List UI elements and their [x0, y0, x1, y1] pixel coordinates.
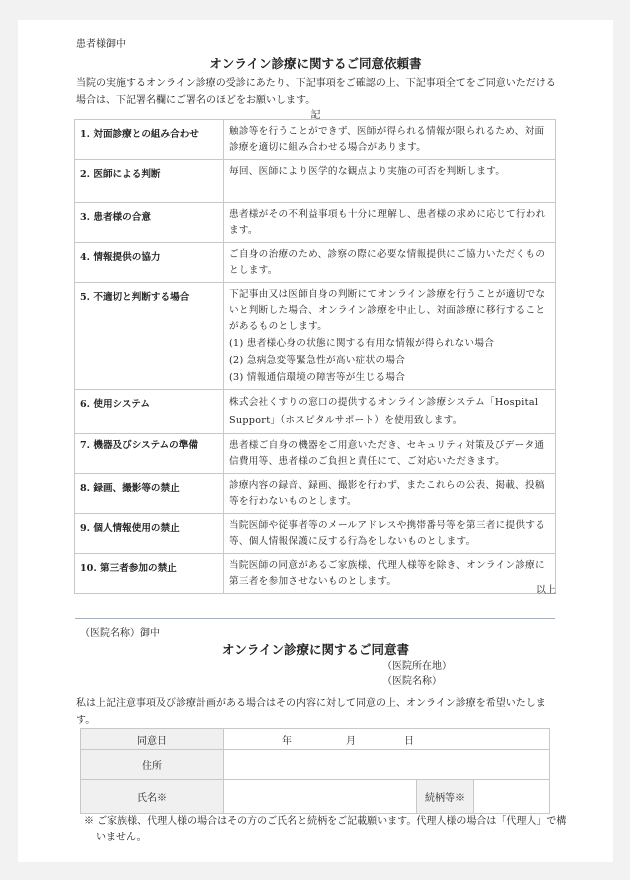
address-label: 住所: [81, 750, 224, 780]
term-label: 4. 情報提供の協力: [75, 243, 224, 283]
term-label: 2. 医師による判断: [75, 160, 224, 203]
year-label: 年: [282, 732, 292, 747]
name-label: 氏名※: [81, 780, 224, 814]
document-page: 患者様御中 オンライン診療に関するご同意依頼書 当院の実施するオンライン診療の受…: [18, 20, 613, 862]
term-desc: ご自身の治療のため、診察の際に必要な情報提供にご協力いただくものとします。: [224, 243, 556, 283]
table-row: 6. 使用システム 株式会社くすりの窓口の提供するオンライン診療システム「Hos…: [75, 390, 556, 434]
term-label: 5. 不適切と判断する場合: [75, 283, 224, 390]
form-row-date: 同意日 年 月 日: [81, 729, 550, 750]
form-row-name: 氏名※ 続柄等※: [81, 780, 550, 814]
relation-label: 続柄等※: [417, 780, 474, 814]
addressee: 患者様御中: [76, 35, 126, 50]
term-label: 3. 患者様の合意: [75, 203, 224, 243]
table-row: 7. 機器及びシステムの準備 患者様ご自身の機器をご用意いただき、セキュリティ対…: [75, 434, 556, 474]
table-row: 2. 医師による判断 毎回、医師により医学的な観点より実施の可否を判断します。: [75, 160, 556, 203]
form-row-address: 住所: [81, 750, 550, 780]
relation-field[interactable]: [474, 780, 550, 814]
term-label: 7. 機器及びシステムの準備: [75, 434, 224, 474]
consent-title: オンライン診療に関するご同意書: [18, 640, 613, 658]
footnote: ※ ご家族様、代理人様の場合はその方のご氏名と続柄をご記載願います。代理人様の場…: [84, 814, 572, 846]
request-title: オンライン診療に関するご同意依頼書: [18, 54, 613, 72]
intro-paragraph: 当院の実施するオンライン診療の受診にあたり、下記事項をご確認の上、下記事項全てを…: [76, 75, 558, 109]
term-desc: 株式会社くすりの窓口の提供するオンライン診療システム「Hospital Supp…: [224, 390, 556, 434]
clinic-address: （医院所在地）: [382, 657, 452, 672]
table-row: 8. 録画、撮影等の禁止 診療内容の録音、録画、撮影を行わず、またこれらの公表、…: [75, 474, 556, 514]
month-label: 月: [346, 732, 356, 747]
term-label: 6. 使用システム: [75, 390, 224, 434]
term-desc: 下記事由又は医師自身の判断にてオンライン診療を行うことが適切でないと判断した場合…: [224, 283, 556, 390]
table-row: 1. 対面診療との組み合わせ 触診等を行うことができず、医師が得られる情報が限ら…: [75, 120, 556, 160]
term-desc: 触診等を行うことができず、医師が得られる情報が限られるため、対面診療を適切に組み…: [224, 120, 556, 160]
closing-ijo: 以上: [536, 581, 556, 596]
date-field[interactable]: 年 月 日: [224, 729, 550, 750]
clinic-name: （医院名称）: [382, 672, 442, 687]
address-field[interactable]: [224, 750, 550, 780]
name-field[interactable]: [224, 780, 417, 814]
term-label: 1. 対面診療との組み合わせ: [75, 120, 224, 160]
day-label: 日: [404, 732, 414, 747]
date-label: 同意日: [81, 729, 224, 750]
term-desc-main: 下記事由又は医師自身の判断にてオンライン診療を行うことが適切でないと判断した場合…: [229, 287, 549, 335]
table-row: 4. 情報提供の協力 ご自身の治療のため、診察の際に必要な情報提供にご協力いただ…: [75, 243, 556, 283]
clinic-addressee: （医院名称）御中: [80, 624, 160, 639]
term-label: 10. 第三者参加の禁止: [75, 554, 224, 594]
consent-statement: 私は上記注意事項及び診療計画がある場合はその内容に対して同意の上、オンライン診療…: [76, 695, 560, 729]
term-desc: 患者様ご自身の機器をご用意いただき、セキュリティ対策及びデータ通信費用等、患者様…: [224, 434, 556, 474]
sub-item: (2) 急病急変等緊急性が高い症状の場合: [229, 352, 549, 369]
terms-table: 1. 対面診療との組み合わせ 触診等を行うことができず、医師が得られる情報が限ら…: [74, 119, 556, 594]
term-desc: 当院医師の同意があるご家族様、代理人様等を除き、オンライン診療に第三者を参加させ…: [224, 554, 556, 594]
term-desc: 診療内容の録音、録画、撮影を行わず、またこれらの公表、掲載、投稿等を行わないもの…: [224, 474, 556, 514]
sub-item: (3) 情報通信環境の障害等が生じる場合: [229, 369, 549, 386]
term-label: 9. 個人情報使用の禁止: [75, 514, 224, 554]
term-desc: 毎回、医師により医学的な観点より実施の可否を判断します。: [224, 160, 556, 203]
sub-item: (1) 患者様心身の状態に関する有用な情報が得られない場合: [229, 335, 549, 352]
signature-form: 同意日 年 月 日 住所 氏名※ 続柄等※: [80, 728, 550, 814]
term-desc: 患者様がその不利益事項も十分に理解し、患者様の求めに応じて行われます。: [224, 203, 556, 243]
section-divider: [75, 618, 555, 619]
term-label: 8. 録画、撮影等の禁止: [75, 474, 224, 514]
table-row: 9. 個人情報使用の禁止 当院医師や従事者等のメールアドレスや携帯番号等を第三者…: [75, 514, 556, 554]
table-row: 10. 第三者参加の禁止 当院医師の同意があるご家族様、代理人様等を除き、オンラ…: [75, 554, 556, 594]
table-row: 5. 不適切と判断する場合 下記事由又は医師自身の判断にてオンライン診療を行うこ…: [75, 283, 556, 390]
table-row: 3. 患者様の合意 患者様がその不利益事項も十分に理解し、患者様の求めに応じて行…: [75, 203, 556, 243]
term-desc: 当院医師や従事者等のメールアドレスや携帯番号等を第三者に提供する等、個人情報保護…: [224, 514, 556, 554]
